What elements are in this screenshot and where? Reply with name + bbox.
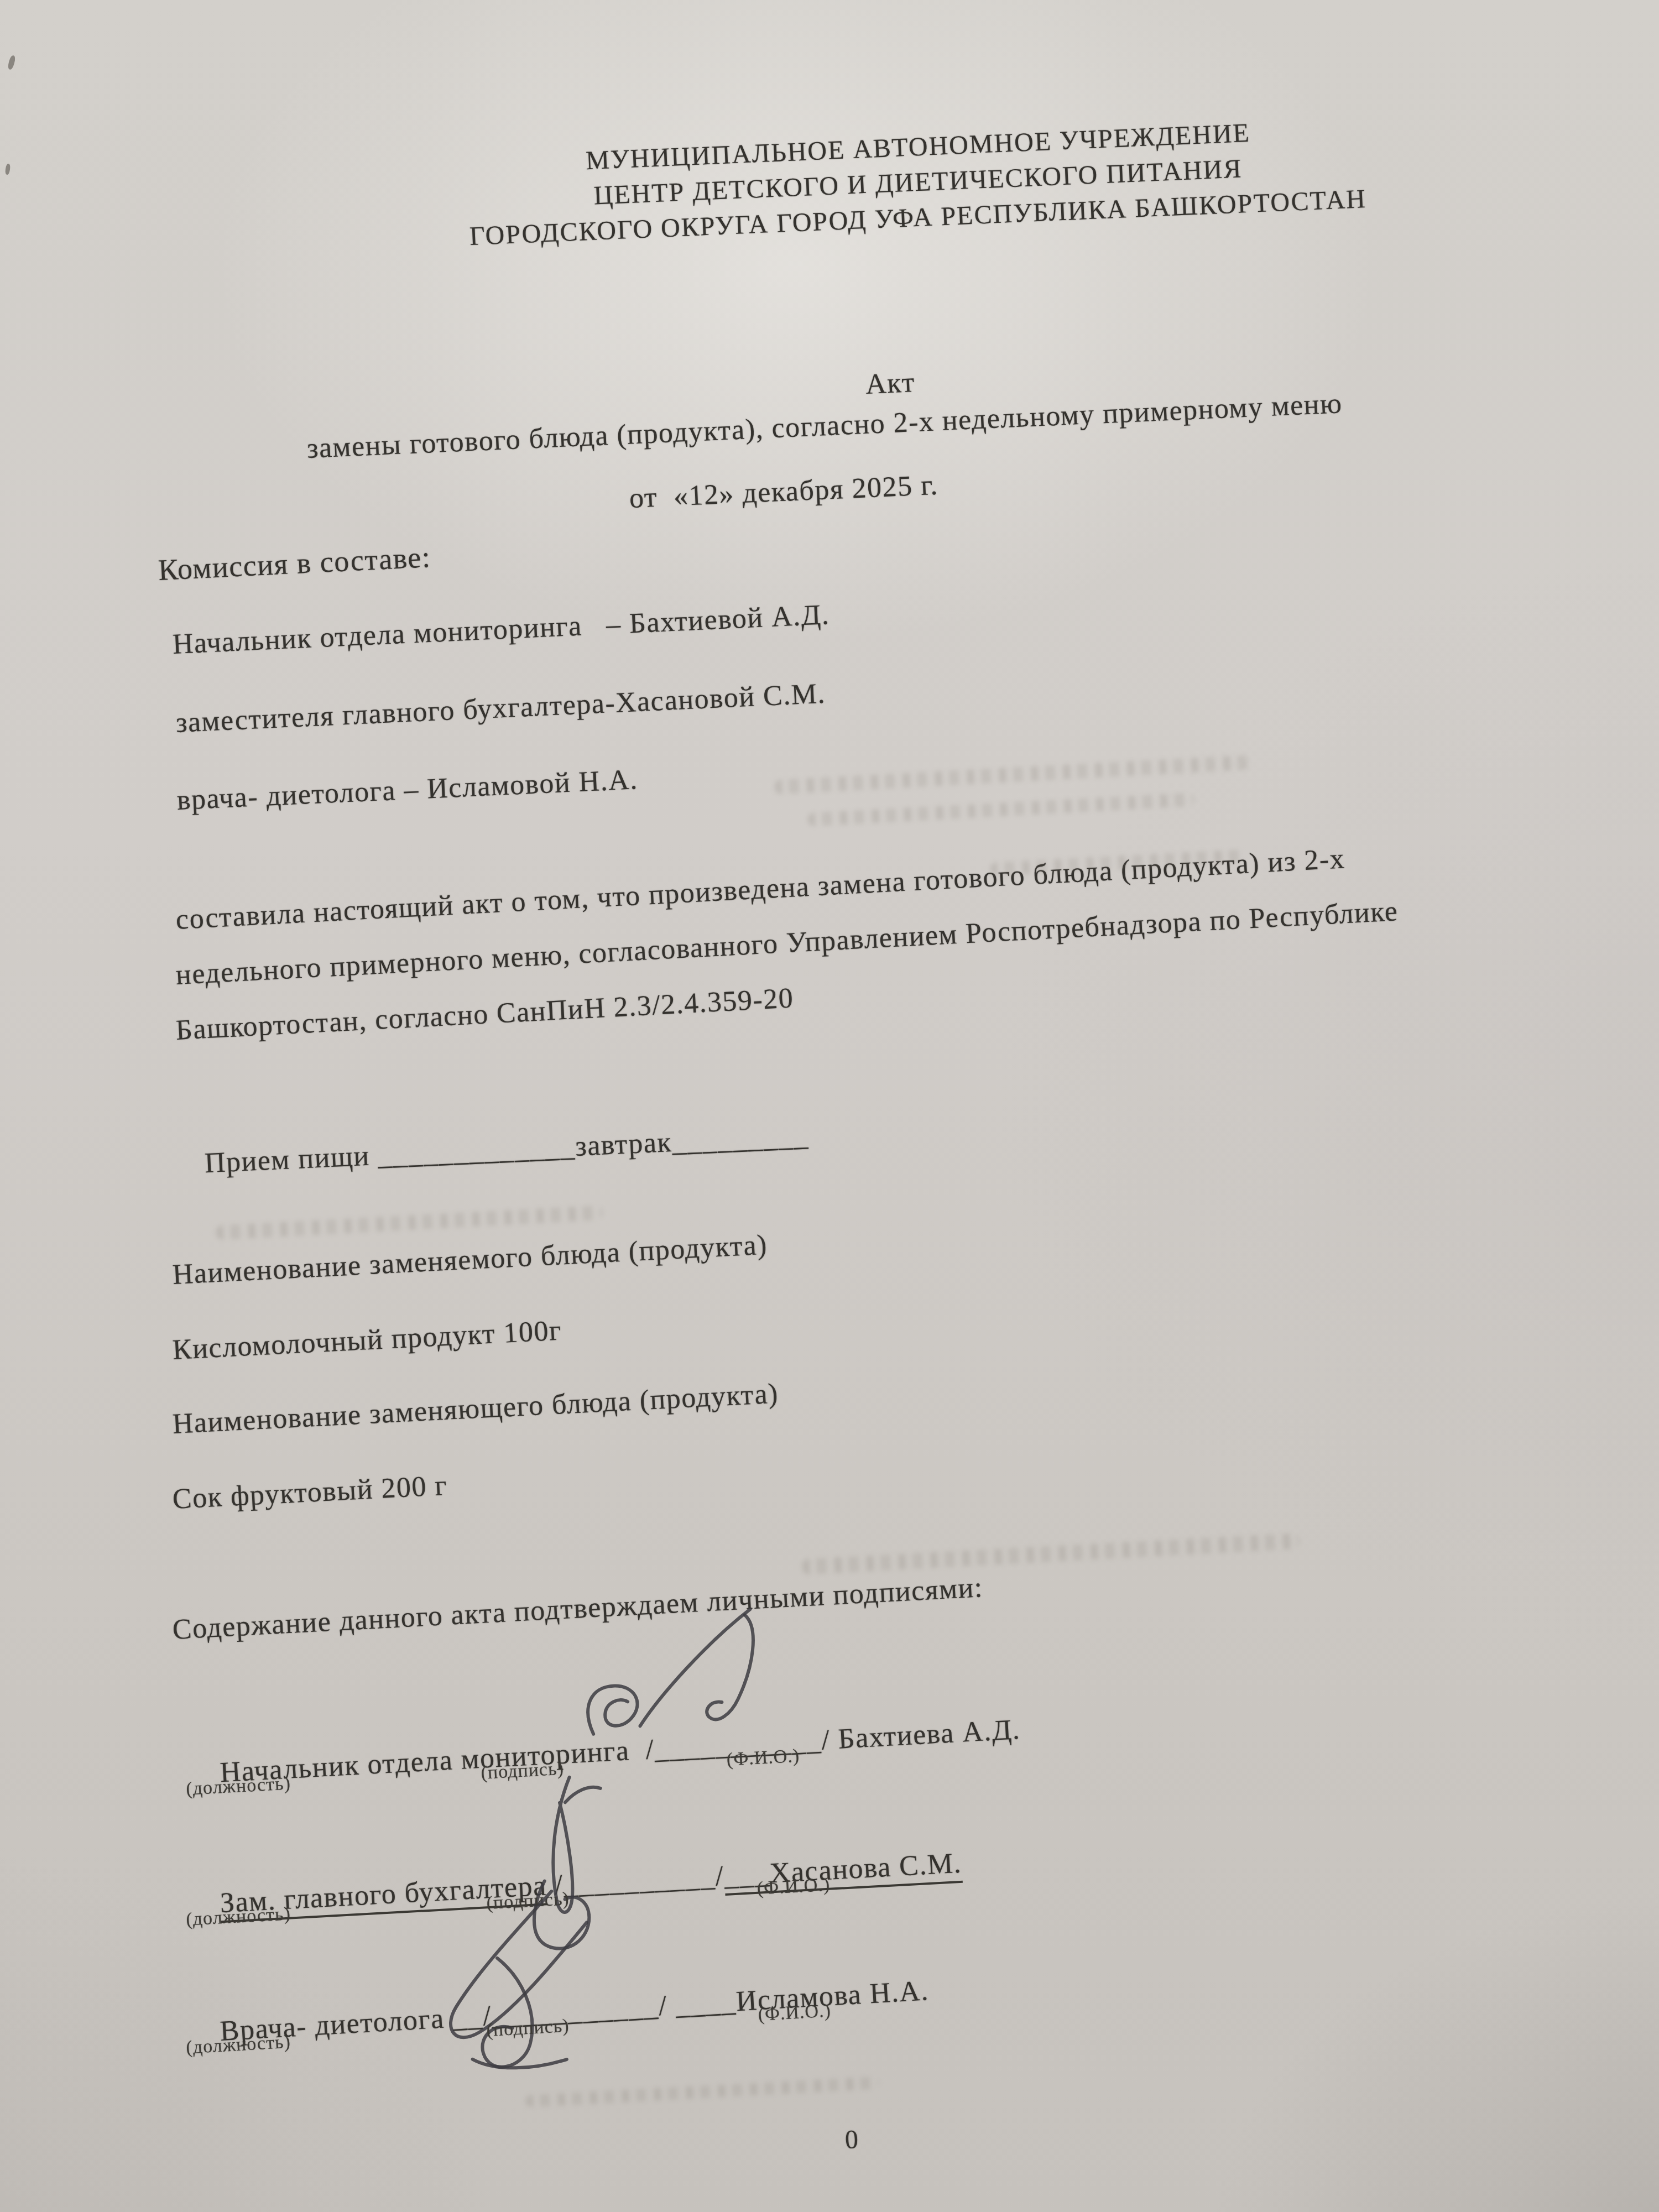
bleed-through-mark xyxy=(802,1533,1300,1574)
page-number: 0 xyxy=(844,2124,859,2155)
paper-speck xyxy=(5,164,11,175)
sig-separator: / xyxy=(821,1724,839,1756)
commission-member-3: врача- диетолога – Исламовой Н.А. xyxy=(176,763,639,817)
bleed-through-mark xyxy=(774,755,1250,795)
bleed-through-mark xyxy=(807,793,1194,827)
sig-name: Бахтиева А.Д. xyxy=(837,1714,1021,1755)
meal-blank-after: _________ xyxy=(671,1120,810,1158)
document-photo: МУНИЦИПАЛЬНОЕ АВТОНОМНОЕ УЧРЕЖДЕНИЕ ЦЕНТ… xyxy=(0,0,1659,2212)
name-caption: (Ф.И.О.) xyxy=(726,1746,800,1771)
paper-speck xyxy=(7,55,16,70)
meal-line: Прием пищи _____________завтрак_________ xyxy=(170,1087,811,1214)
name-caption: (Ф.И.О.) xyxy=(757,1875,831,1900)
meal-label: Прием пищи xyxy=(204,1140,379,1179)
signature-blank: __________ xyxy=(562,1861,716,1901)
signature-caption: (подпись) xyxy=(481,1759,565,1784)
meal-blank-before: _____________ xyxy=(377,1131,576,1171)
act-date-line: от «12» декабря 2025 г. xyxy=(629,469,939,515)
meal-value: завтрак xyxy=(575,1126,672,1162)
sig-gap xyxy=(629,1734,646,1766)
commission-member-2: заместителя главного бухгалтера-Хасаново… xyxy=(175,677,826,739)
sig-name-blank: ____ xyxy=(675,1986,737,2021)
replacing-dish-value: Сок фруктовый 200 г xyxy=(172,1469,448,1516)
commission-member-1: Начальник отдела мониторинга – Бахтиевой… xyxy=(172,598,831,661)
signature-caption: (подпись) xyxy=(486,1888,570,1914)
confirmation-line: Содержание данного акта подтверждаем лич… xyxy=(171,1571,984,1646)
replaced-dish-heading: Наименование заменяемого блюда (продукта… xyxy=(172,1229,769,1291)
replaced-dish-value: Кисломолочный продукт 100г xyxy=(172,1314,563,1366)
sig-separator: / xyxy=(658,1990,676,2022)
body-paragraph-line-3: Башкортостан, согласно СанПиН 2.3/2.4.35… xyxy=(175,982,794,1046)
commission-heading: Комиссия в составе: xyxy=(157,540,431,587)
name-caption: (Ф.И.О.) xyxy=(758,2000,832,2026)
sig-gap: __ xyxy=(444,2001,484,2034)
bleed-through-mark xyxy=(525,2077,879,2107)
replacing-dish-heading: Наименование заменяющего блюда (продукта… xyxy=(172,1378,780,1441)
bleed-through-mark xyxy=(216,1206,603,1240)
signature-row-text: Начальник отдела мониторинга /__________… xyxy=(169,1681,1022,1824)
